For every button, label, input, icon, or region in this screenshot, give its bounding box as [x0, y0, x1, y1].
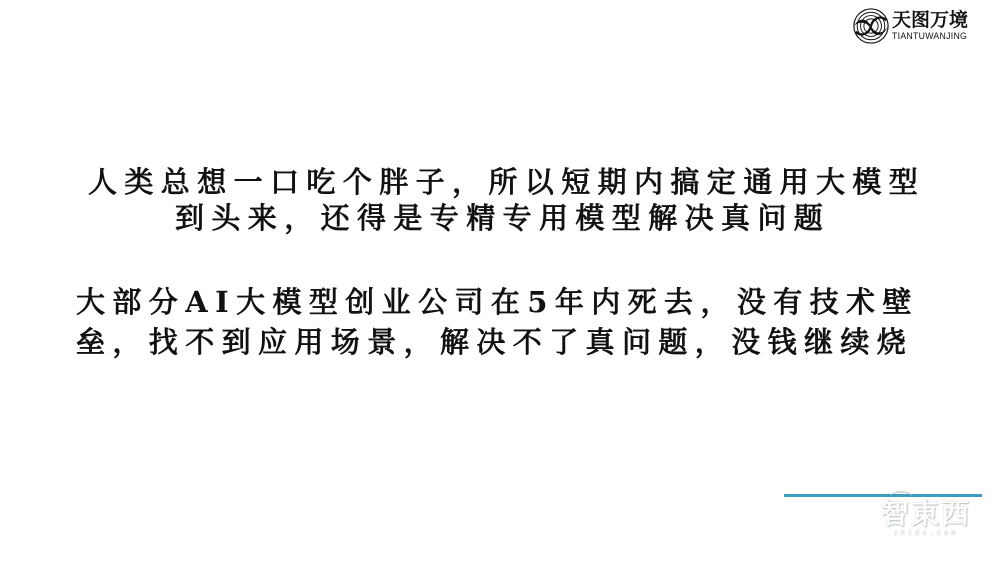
swirl-logo-icon: [852, 7, 890, 45]
watermark-text-cn: 智東西: [866, 497, 986, 531]
watermark-arc-icon: [890, 491, 912, 501]
company-logo: 天图万境 TIANTUWANJING: [852, 6, 998, 46]
statement-2-line-1: 大部分AI大模型创业公司在5年内死去，没有技术壁: [76, 284, 919, 320]
watermark: 智東西 zhidx.com: [866, 497, 986, 547]
slide: 天图万境 TIANTUWANJING 人类总想一口吃个胖子，所以短期内搞定通用大…: [0, 0, 1000, 561]
statement-1-line-2: 到头来，还得是专精专用模型解决真问题: [175, 200, 830, 236]
logo-name-cn: 天图万境: [892, 11, 974, 30]
logo-name-en: TIANTUWANJING: [892, 32, 967, 42]
statement-1-line-1: 人类总想一口吃个胖子，所以短期内搞定通用大模型: [88, 164, 925, 200]
statement-2-line-2: 垒，找不到应用场景，解决不了真问题，没钱继续烧: [76, 324, 913, 360]
